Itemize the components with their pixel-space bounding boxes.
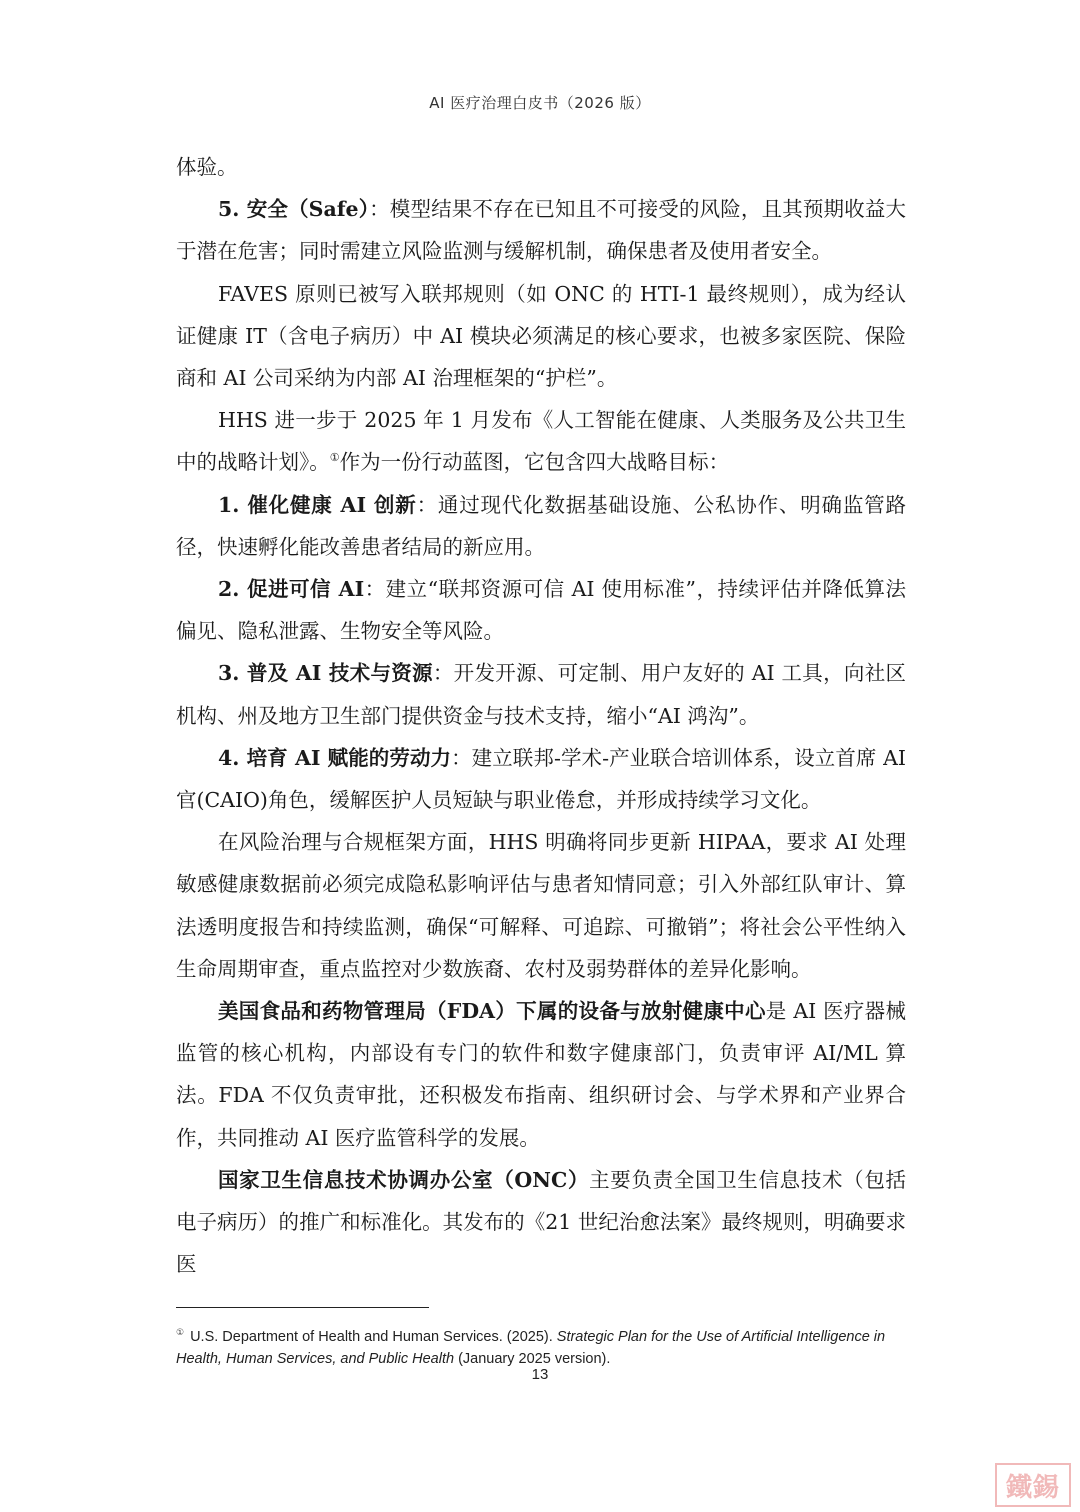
hhs-plan-text-cont: 作为一份行动蓝图，它包含四大战略目标： xyxy=(340,450,730,474)
paragraph-risk-governance: 在风险治理与合规框架方面，HHS 明确将同步更新 HIPAA，要求 AI 处理敏… xyxy=(176,821,906,990)
goal-label: 2. 促进可信 AI xyxy=(218,577,364,601)
goal-item: 1. 催化健康 AI 创新：通过现代化数据基础设施、公私协作、明确监管路径，快速… xyxy=(176,484,906,568)
document-body: 体验。 5. 安全（Safe）：模型结果不存在已知且不可接受的风险，且其预期收益… xyxy=(176,146,906,1285)
goal-item: 4. 培育 AI 赋能的劳动力：建立联邦-学术-产业联合培训体系，设立首席 AI… xyxy=(176,737,906,821)
principle-label: 5. 安全（Safe） xyxy=(218,197,369,221)
fda-heading: 美国食品和药物管理局（FDA）下属的设备与放射健康中心 xyxy=(218,999,766,1023)
paragraph-faves: FAVES 原则已被写入联邦规则（如 ONC 的 HTI-1 最终规则），成为经… xyxy=(176,273,906,400)
footnote-citation: U.S. Department of Health and Human Serv… xyxy=(190,1329,557,1345)
goal-label: 4. 培育 AI 赋能的劳动力 xyxy=(218,746,451,770)
paragraph-fda: 美国食品和药物管理局（FDA）下属的设备与放射健康中心是 AI 医疗器械监管的核… xyxy=(176,990,906,1159)
footnote-divider xyxy=(176,1307,429,1308)
goal-item: 3. 普及 AI 技术与资源：开发开源、可定制、用户友好的 AI 工具，向社区机… xyxy=(176,652,906,736)
footnote-version: (January 2025 version). xyxy=(454,1351,610,1367)
goal-item: 2. 促进可信 AI：建立“联邦资源可信 AI 使用标准”，持续评估并降低算法偏… xyxy=(176,568,906,652)
paragraph-onc: 国家卫生信息技术协调办公室（ONC）主要负责全国卫生信息技术（包括电子病历）的推… xyxy=(176,1159,906,1286)
footnote-mark: ① xyxy=(176,1327,184,1337)
running-header: AI 医疗治理白皮书（2026 版） xyxy=(0,92,1080,113)
onc-heading: 国家卫生信息技术协调办公室（ONC） xyxy=(218,1168,589,1192)
footnote-reference[interactable]: ① xyxy=(330,452,340,465)
paragraph-continuation: 体验。 xyxy=(176,146,906,188)
paragraph-hhs-plan: HHS 进一步于 2025 年 1 月发布《人工智能在健康、人类服务及公共卫生中… xyxy=(176,399,906,483)
goal-label: 3. 普及 AI 技术与资源 xyxy=(218,661,433,685)
watermark-seal-icon: 鐵錫 xyxy=(995,1463,1071,1507)
page-number: 13 xyxy=(0,1366,1080,1383)
footnote: ①U.S. Department of Health and Human Ser… xyxy=(176,1321,906,1370)
principle-item-safe: 5. 安全（Safe）：模型结果不存在已知且不可接受的风险，且其预期收益大于潜在… xyxy=(176,188,906,272)
goal-label: 1. 催化健康 AI 创新 xyxy=(218,493,417,517)
